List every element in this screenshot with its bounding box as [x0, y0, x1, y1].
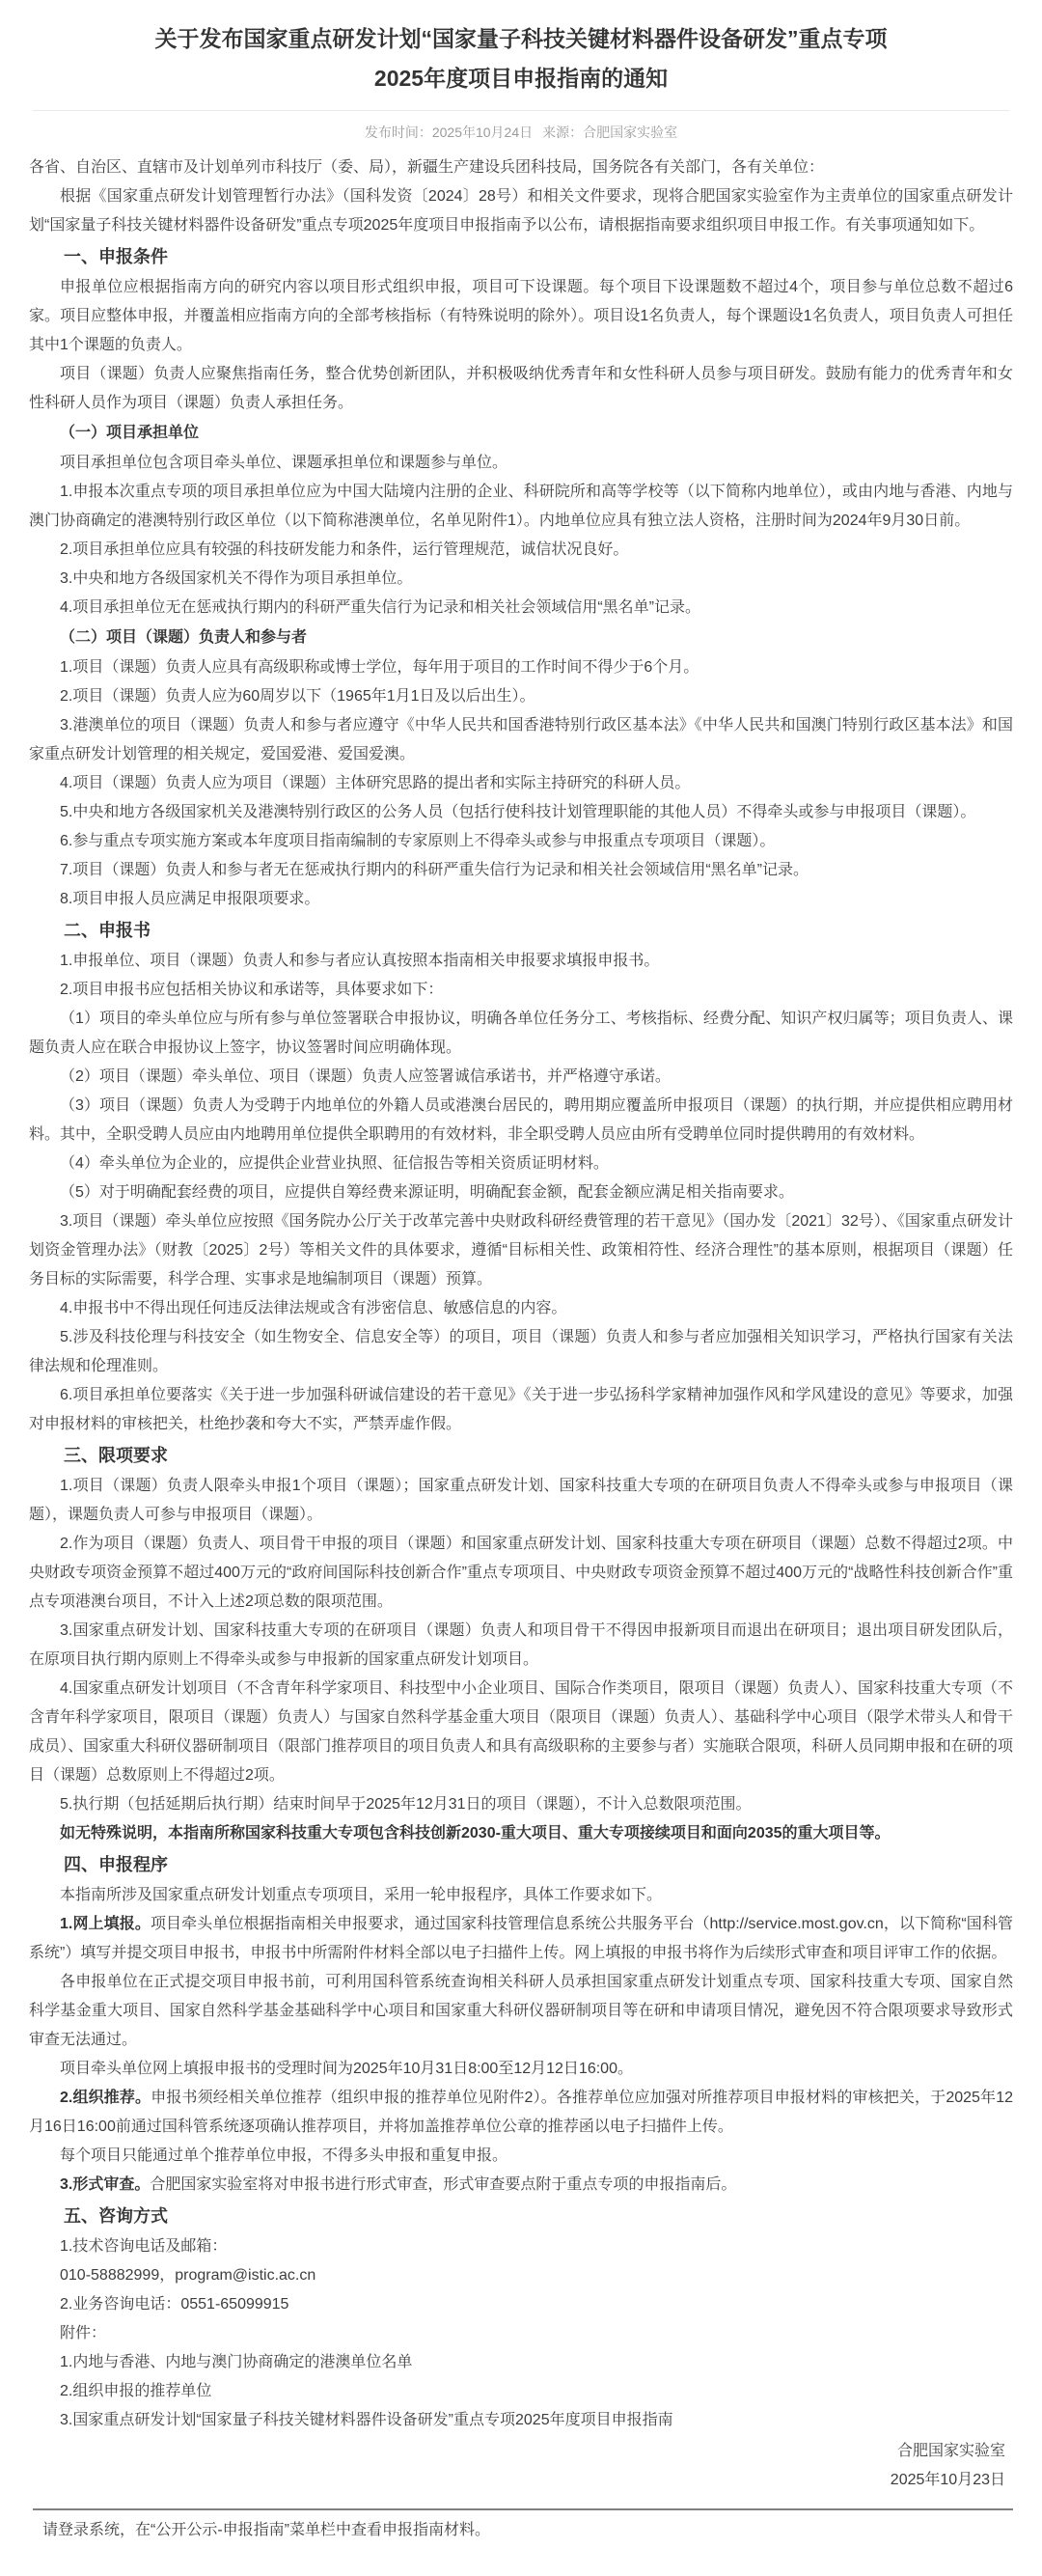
paragraph: 4.申报书中不得出现任何违反法律法规或含有涉密信息、敏感信息的内容。 — [29, 1294, 1013, 1323]
paragraph: 1.内地与香港、内地与澳门协商确定的港澳单位名单 — [29, 2348, 1013, 2377]
page-title-line2: 2025年度项目申报指南的通知 — [64, 59, 978, 98]
publish-time-label: 发布时间： — [365, 125, 432, 140]
signature-date: 2025年10月23日 — [29, 2466, 1005, 2495]
paragraph: 2.项目申报书应包括相关协议和承诺等，具体要求如下： — [29, 976, 1013, 1005]
paragraph: 项目（课题）负责人应聚焦指南任务，整合优势创新团队，并积极吸纳优秀青年和女性科研… — [29, 360, 1013, 418]
paragraph: 8.项目申报人员应满足申报限项要求。 — [29, 885, 1013, 914]
section-heading: 三、限项要求 — [29, 1439, 1013, 1472]
paragraph-lead-label: 3.形式审查。 — [60, 2176, 150, 2193]
section-heading: 二、申报书 — [29, 914, 1013, 947]
paragraph: 5.执行期（包括延期后执行期）结束时间早于2025年12月31日的项目（课题），… — [29, 1790, 1013, 1819]
notice-bold-paragraph: 如无特殊说明，本指南所称国家科技重大专项包含科技创新2030-重大项目、重大专项… — [29, 1819, 1013, 1848]
section-heading: 一、申报条件 — [29, 240, 1013, 273]
paragraph: 6.参与重点专项实施方案或本年度项目指南编制的专家原则上不得牵头或参与申报重点专… — [29, 827, 1013, 856]
notice-page: 关于发布国家重点研发计划“国家量子科技关键材料器件设备研发”重点专项 2025年… — [0, 0, 1042, 2568]
signature-block: 合肥国家实验室 2025年10月23日 — [29, 2437, 1013, 2495]
paragraph: 1.申报单位、项目（课题）负责人和参与者应认真按照本指南相关申报要求填报申报书。 — [29, 947, 1013, 976]
paragraph: 3.形式审查。合肥国家实验室将对申报书进行形式审查，形式审查要点附于重点专项的申… — [29, 2171, 1013, 2200]
paragraph: （4）牵头单位为企业的，应提供企业营业执照、征信报告等相关资质证明材料。 — [29, 1150, 1013, 1178]
source-label: 来源： — [542, 125, 583, 140]
paragraph: 1.技术咨询电话及邮箱： — [29, 2232, 1013, 2261]
paragraph: 根据《国家重点研发计划管理暂行办法》（国科发资〔2024〕28号）和相关文件要求… — [29, 182, 1013, 240]
paragraph: 3.国家重点研发计划“国家量子科技关键材料器件设备研发”重点专项2025年度项目… — [29, 2406, 1013, 2435]
paragraph: 附件： — [29, 2319, 1013, 2348]
section-heading: 四、申报程序 — [29, 1848, 1013, 1881]
page-title: 关于发布国家重点研发计划“国家量子科技关键材料器件设备研发”重点专项 2025年… — [64, 19, 978, 98]
paragraph-lead-label: 2.组织推荐。 — [60, 2090, 151, 2106]
paragraph: 010-58882999，program@istic.ac.cn — [29, 2261, 1013, 2290]
signature-org: 合肥国家实验室 — [29, 2437, 1005, 2466]
subsection-heading: （一）项目承担单位 — [29, 418, 1013, 449]
paragraph: 1.申报本次重点专项的项目承担单位应为中国大陆境内注册的企业、科研院所和高等学校… — [29, 478, 1013, 536]
paragraph: 各省、自治区、直辖市及计划单列市科技厅（委、局），新疆生产建设兵团科技局，国务院… — [29, 153, 1013, 182]
paragraph: 本指南所涉及国家重点研发计划重点专项项目，采用一轮申报程序，具体工作要求如下。 — [29, 1881, 1013, 1910]
paragraph: 5.中央和地方各级国家机关及港澳特别行政区的公务人员（包括行使科技计划管理职能的… — [29, 798, 1013, 827]
paragraph-lead-label: 1.网上填报。 — [60, 1916, 151, 1932]
footer-note: 请登录系统，在“公开公示-申报指南”菜单栏中查看申报指南材料。 — [29, 2510, 1013, 2545]
paragraph: 申报单位应根据指南方向的研究内容以项目形式组织申报，项目可下设课题。每个项目下设… — [29, 273, 1013, 360]
paragraph: 项目牵头单位网上填报申报书的受理时间为2025年10月31日8:00至12月12… — [29, 2055, 1013, 2084]
paragraph: 3.中央和地方各级国家机关不得作为项目承担单位。 — [29, 565, 1013, 594]
paragraph: 2.项目（课题）负责人应为60周岁以下（1965年1月1日及以后出生）。 — [29, 682, 1013, 711]
paragraph: 4.项目承担单位无在惩戒执行期内的科研严重失信行为记录和相关社会领域信用“黑名单… — [29, 594, 1013, 623]
paragraph: 1.项目（课题）负责人应具有高级职称或博士学位，每年用于项目的工作时间不得少于6… — [29, 653, 1013, 682]
paragraph: 每个项目只能通过单个推荐单位申报，不得多头申报和重复申报。 — [29, 2142, 1013, 2171]
section-heading: 五、咨询方式 — [29, 2200, 1013, 2232]
paragraph: 2.组织申报的推荐单位 — [29, 2377, 1013, 2406]
paragraph: 1.网上填报。项目牵头单位根据指南相关申报要求，通过国家科技管理信息系统公共服务… — [29, 1910, 1013, 1968]
paragraph: （1）项目的牵头单位应与所有参与单位签署联合申报协议，明确各单位任务分工、考核指… — [29, 1005, 1013, 1063]
publish-time-value: 2025年10月24日 — [432, 125, 533, 140]
paragraph: 2.组织推荐。申报书须经相关单位推荐（组织申报的推荐单位见附件2）。各推荐单位应… — [29, 2084, 1013, 2142]
paragraph: 3.国家重点研发计划、国家科技重大专项的在研项目（课题）负责人和项目骨干不得因申… — [29, 1617, 1013, 1675]
paragraph: 1.项目（课题）负责人限牵头申报1个项目（课题）；国家重点研发计划、国家科技重大… — [29, 1472, 1013, 1530]
subsection-heading: （二）项目（课题）负责人和参与者 — [29, 623, 1013, 653]
source-value: 合肥国家实验室 — [583, 125, 677, 140]
paragraph: （5）对于明确配套经费的项目，应提供自筹经费来源证明，明确配套金额，配套金额应满… — [29, 1178, 1013, 1207]
paragraph: （2）项目（课题）牵头单位、项目（课题）负责人应签署诚信承诺书，并严格遵守承诺。 — [29, 1063, 1013, 1092]
page-title-line1: 关于发布国家重点研发计划“国家量子科技关键材料器件设备研发”重点专项 — [64, 19, 978, 59]
paragraph: （3）项目（课题）负责人为受聘于内地单位的外籍人员或港澳台居民的，聘用期应覆盖所… — [29, 1092, 1013, 1150]
paragraph: 2.项目承担单位应具有较强的科技研发能力和条件，运行管理规范，诚信状况良好。 — [29, 536, 1013, 565]
paragraph: 4.国家重点研发计划项目（不含青年科学家项目、科技型中小企业项目、国际合作类项目… — [29, 1675, 1013, 1790]
paragraph: 4.项目（课题）负责人应为项目（课题）主体研究思路的提出者和实际主持研究的科研人… — [29, 769, 1013, 798]
article-body: 各省、自治区、直辖市及计划单列市科技厅（委、局），新疆生产建设兵团科技局，国务院… — [29, 153, 1013, 2435]
paragraph: 3.项目（课题）牵头单位应按照《国务院办公厅关于改革完善中央财政科研经费管理的若… — [29, 1207, 1013, 1294]
paragraph: 2.业务咨询电话：0551-65099915 — [29, 2290, 1013, 2319]
paragraph: 3.港澳单位的项目（课题）负责人和参与者应遵守《中华人民共和国香港特别行政区基本… — [29, 711, 1013, 769]
paragraph: 2.作为项目（课题）负责人、项目骨干申报的项目（课题）和国家重点研发计划、国家科… — [29, 1530, 1013, 1617]
paragraph: 项目承担单位包含项目牵头单位、课题承担单位和课题参与单位。 — [29, 449, 1013, 478]
publish-meta: 发布时间：2025年10月24日来源：合肥国家实验室 — [29, 111, 1013, 153]
paragraph: 7.项目（课题）负责人和参与者无在惩戒执行期内的科研严重失信行为记录和相关社会领… — [29, 856, 1013, 885]
paragraph: 各申报单位在正式提交项目申报书前，可利用国科管系统查询相关科研人员承担国家重点研… — [29, 1968, 1013, 2055]
paragraph: 6.项目承担单位要落实《关于进一步加强科研诚信建设的若干意见》《关于进一步弘扬科… — [29, 1381, 1013, 1439]
paragraph: 5.涉及科技伦理与科技安全（如生物安全、信息安全等）的项目，项目（课题）负责人和… — [29, 1323, 1013, 1381]
